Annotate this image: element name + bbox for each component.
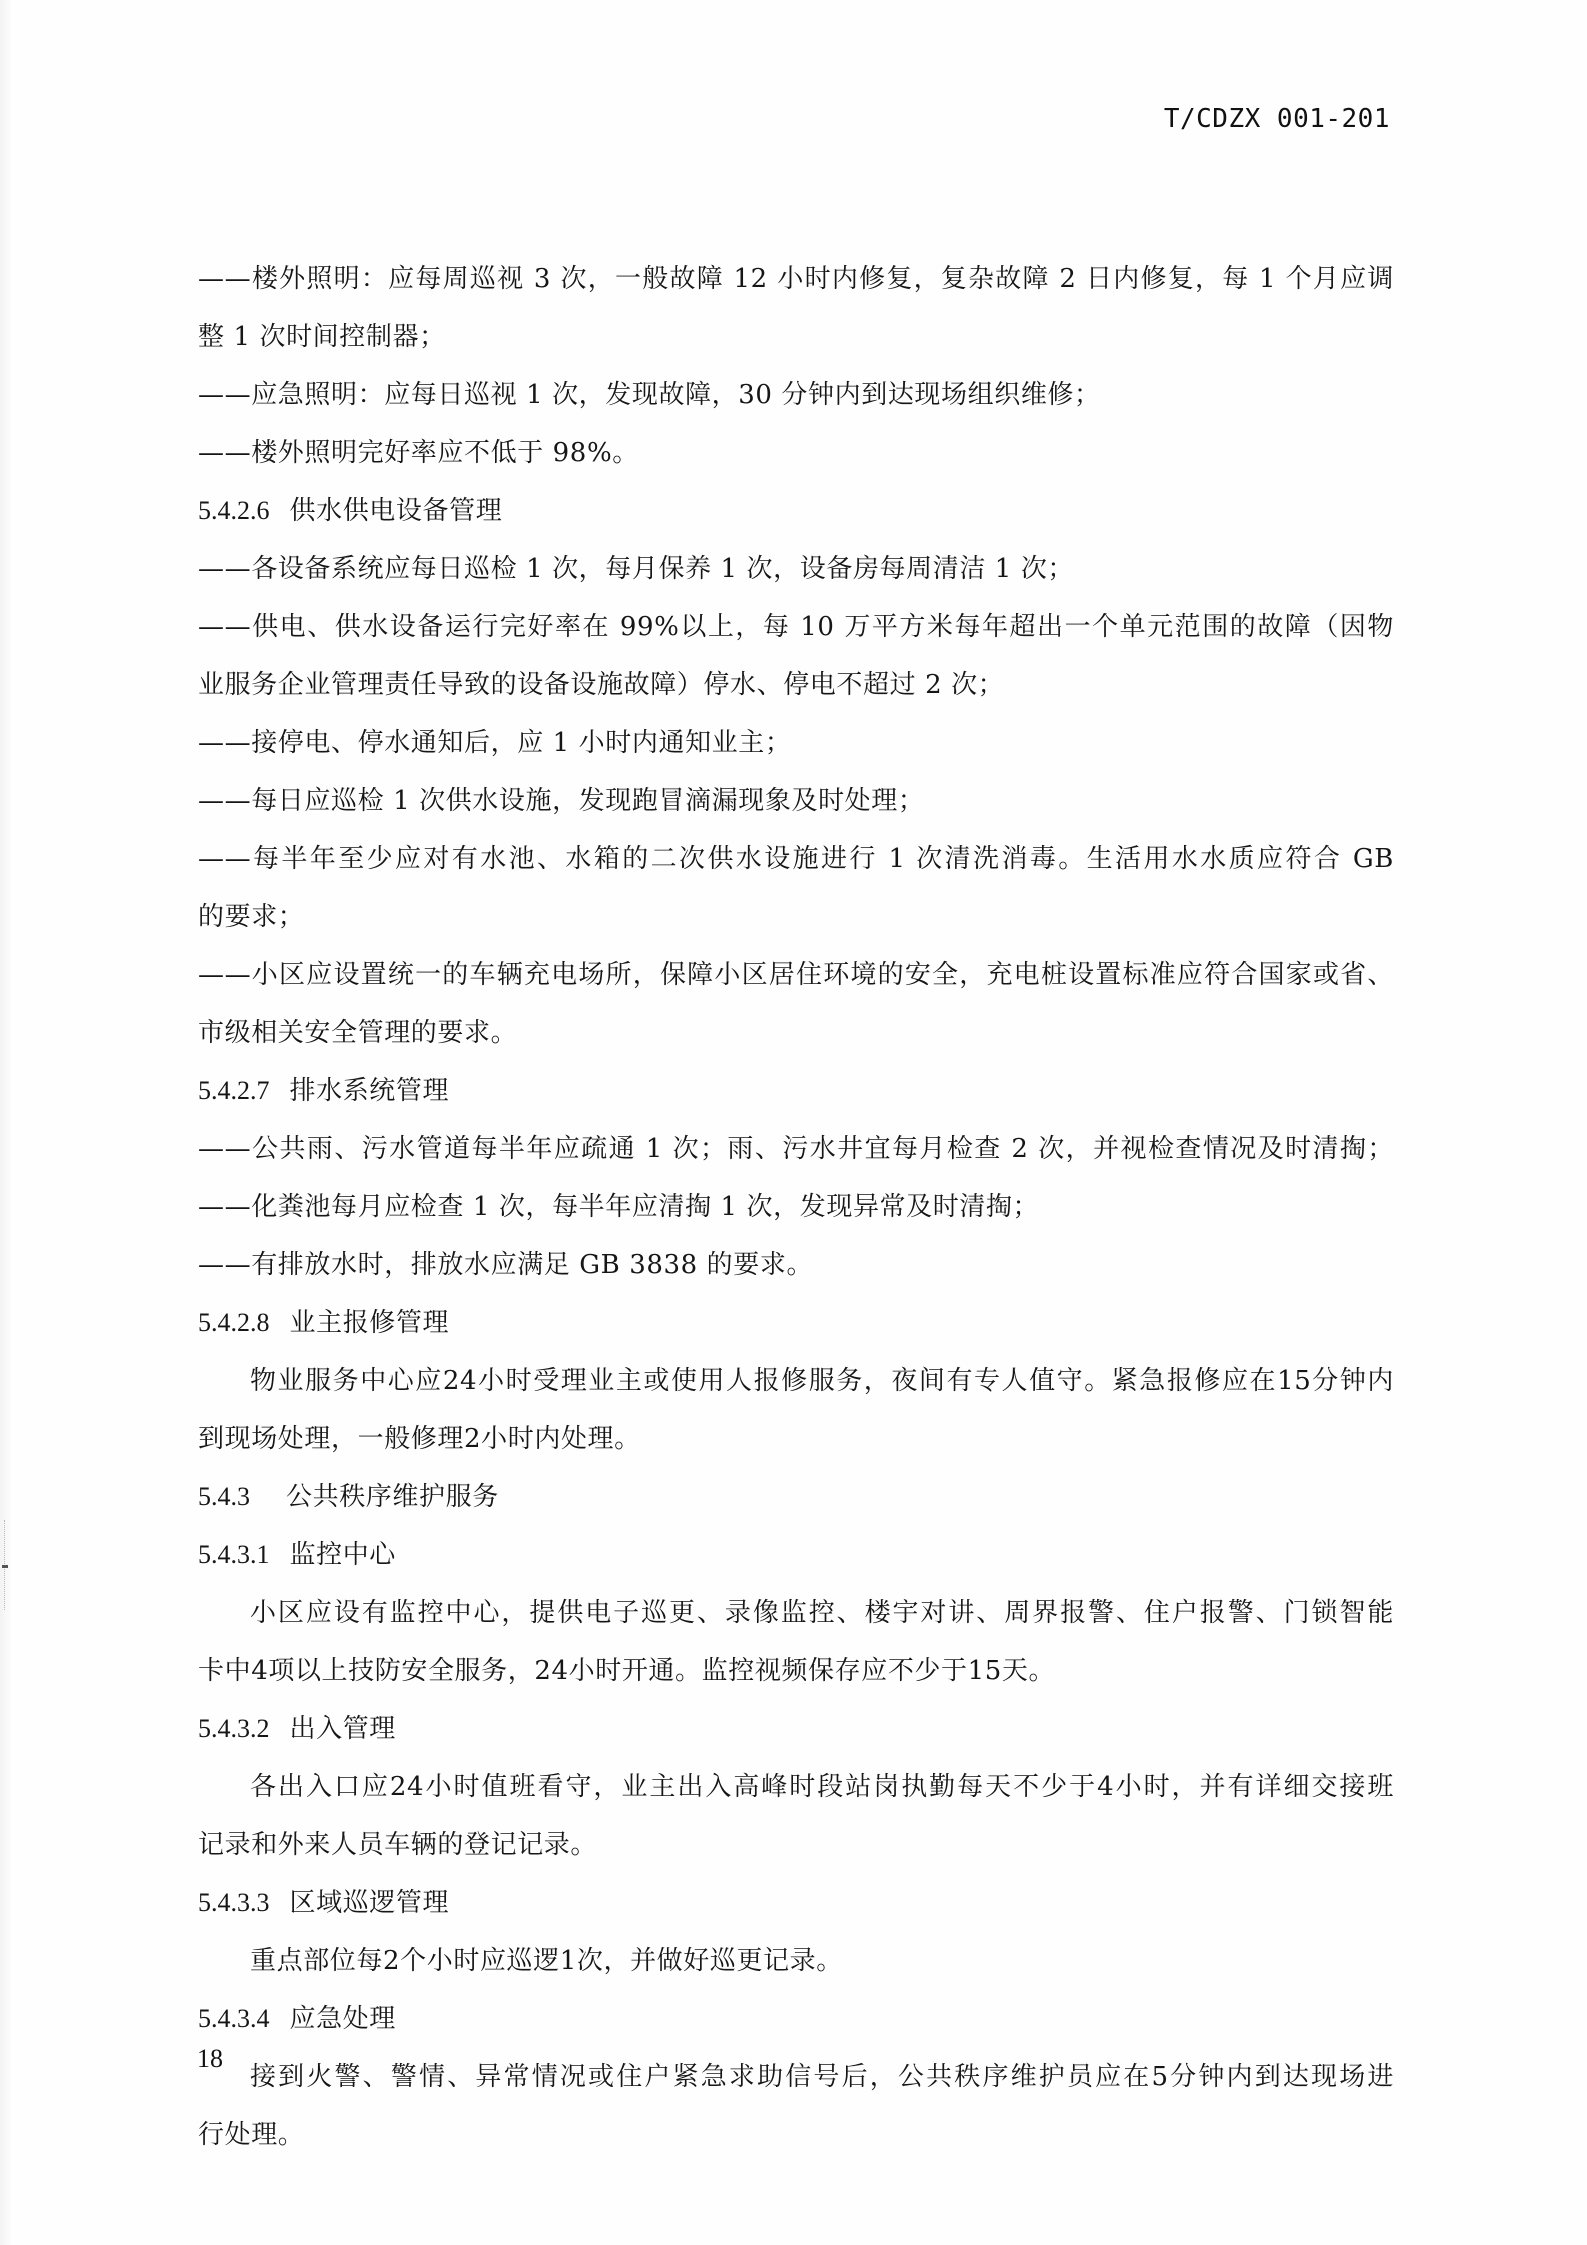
section-number: 5.4.3.2	[198, 1700, 270, 1758]
paragraph-line: 接到火警、警情、异常情况或住户紧急求助信号后，公共秩序维护员应在5分钟内到达现场…	[198, 2048, 1394, 2106]
continuation-line: 记录和外来人员车辆的登记记录。	[198, 1816, 1394, 1874]
bullet-item: ——有排放水时，排放水应满足 GB 3838 的要求。	[198, 1236, 1394, 1294]
section-heading: 5.4.3.1监控中心	[198, 1526, 1394, 1584]
continuation-line: 业服务企业管理责任导致的设备设施故障）停水、停电不超过 2 次；	[198, 656, 1394, 714]
bullet-item: ——小区应设置统一的车辆充电场所，保障小区居住环境的安全，充电桩设置标准应符合国…	[198, 946, 1394, 1004]
bullet-item: ——楼外照明完好率应不低于 98%。	[198, 424, 1394, 482]
section-number: 5.4.3.3	[198, 1874, 270, 1932]
section-heading: 5.4.3.2出入管理	[198, 1700, 1394, 1758]
section-heading: 5.4.2.8业主报修管理	[198, 1294, 1394, 1352]
section-title: 业主报修管理	[290, 1308, 450, 1338]
document-code-header: T/CDZX 001-201	[1164, 104, 1390, 134]
bullet-item: ——各设备系统应每日巡检 1 次，每月保养 1 次，设备房每周清洁 1 次；	[198, 540, 1394, 598]
bullet-item: ——公共雨、污水管道每半年应疏通 1 次；雨、污水井宜每月检查 2 次，并视检查…	[198, 1120, 1394, 1178]
section-number: 5.4.2.6	[198, 482, 270, 540]
document-body: ——楼外照明：应每周巡视 3 次，一般故障 12 小时内修复，复杂故障 2 日内…	[198, 250, 1394, 2164]
section-heading: 5.4.2.6供水供电设备管理	[198, 482, 1394, 540]
section-heading: 5.4.3公共秩序维护服务	[198, 1468, 1394, 1526]
paragraph-line: 小区应设有监控中心，提供电子巡更、录像监控、楼宇对讲、周界报警、住户报警、门锁智…	[198, 1584, 1394, 1642]
scan-binding-marks	[4, 1520, 9, 1610]
bullet-item: ——应急照明：应每日巡视 1 次，发现故障，30 分钟内到达现场组织维修；	[198, 366, 1394, 424]
document-page: T/CDZX 001-201 ——楼外照明：应每周巡视 3 次，一般故障 12 …	[0, 0, 1587, 2245]
continuation-line: 整 1 次时间控制器；	[198, 308, 1394, 366]
section-number: 5.4.2.8	[198, 1294, 270, 1352]
section-title: 应急处理	[290, 2004, 396, 2034]
section-title: 监控中心	[290, 1540, 396, 1570]
section-number: 5.4.2.7	[198, 1062, 270, 1120]
page-number: 18	[197, 2044, 223, 2074]
scan-edge-shadow	[0, 0, 14, 2245]
section-number: 5.4.3	[198, 1468, 266, 1526]
continuation-line: 卡中4项以上技防安全服务，24小时开通。监控视频保存应不少于15天。	[198, 1642, 1394, 1700]
bullet-item: ——供电、供水设备运行完好率在 99%以上，每 10 万平方米每年超出一个单元范…	[198, 598, 1394, 656]
continuation-line: 的要求；	[198, 888, 1394, 946]
section-heading: 5.4.2.7排水系统管理	[198, 1062, 1394, 1120]
continuation-line: 市级相关安全管理的要求。	[198, 1004, 1394, 1062]
paragraph-line: 物业服务中心应24小时受理业主或使用人报修服务，夜间有专人值守。紧急报修应在15…	[198, 1352, 1394, 1410]
section-title: 供水供电设备管理	[290, 496, 503, 526]
section-title: 排水系统管理	[290, 1076, 450, 1106]
section-number: 5.4.3.4	[198, 1990, 270, 2048]
bullet-item: ——每半年至少应对有水池、水箱的二次供水设施进行 1 次清洗消毒。生活用水水质应…	[198, 830, 1394, 888]
section-heading: 5.4.3.3区域巡逻管理	[198, 1874, 1394, 1932]
section-title: 公共秩序维护服务	[286, 1482, 499, 1512]
bullet-item: ——化粪池每月应检查 1 次，每半年应清掏 1 次，发现异常及时清掏；	[198, 1178, 1394, 1236]
continuation-line: 到现场处理，一般修理2小时内处理。	[198, 1410, 1394, 1468]
paragraph-line: 重点部位每2个小时应巡逻1次，并做好巡更记录。	[198, 1932, 1394, 1990]
paragraph-line: 各出入口应24小时值班看守，业主出入高峰时段站岗执勤每天不少于4小时，并有详细交…	[198, 1758, 1394, 1816]
bullet-item: ——接停电、停水通知后，应 1 小时内通知业主；	[198, 714, 1394, 772]
section-number: 5.4.3.1	[198, 1526, 270, 1584]
bullet-item: ——楼外照明：应每周巡视 3 次，一般故障 12 小时内修复，复杂故障 2 日内…	[198, 250, 1394, 308]
bullet-item: ——每日应巡检 1 次供水设施，发现跑冒滴漏现象及时处理；	[198, 772, 1394, 830]
section-title: 出入管理	[290, 1714, 396, 1744]
section-title: 区域巡逻管理	[290, 1888, 450, 1918]
section-heading: 5.4.3.4应急处理	[198, 1990, 1394, 2048]
continuation-line: 行处理。	[198, 2106, 1394, 2164]
